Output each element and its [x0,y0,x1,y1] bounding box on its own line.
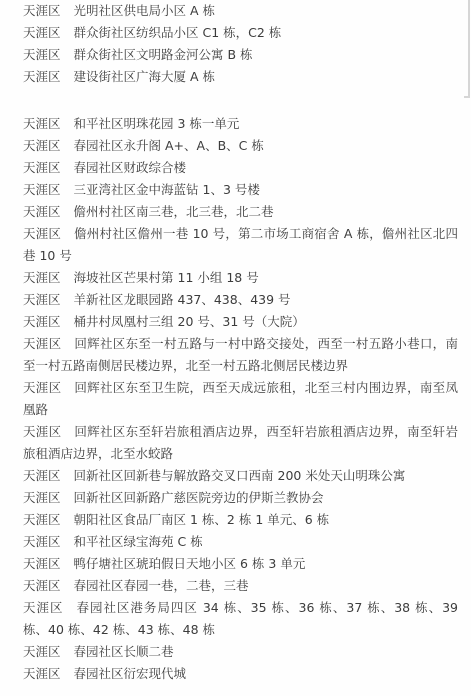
paragraph-gap [23,88,458,113]
list-item: 天涯区春园社区财政综合楼 [23,157,458,179]
list-item: 天涯区三亚湾社区金中海蓝钻 1、3 号楼 [23,179,458,201]
list-item: 天涯区儋州村社区儋州一巷 10 号，第二市场工商宿舍 A 栋，儋州社区北四巷 1… [23,223,458,267]
district-label: 天涯区 [23,182,61,197]
address-text: 回新社区回新巷与解放路交叉口西南 200 米处天山明珠公寓 [74,468,406,483]
district-label: 天涯区 [23,512,61,527]
address-text: 桶井村凤凰村三组 20 号、31 号（大院） [74,314,305,329]
list-item: 天涯区桶井村凤凰村三组 20 号、31 号（大院） [23,311,458,333]
list-item: 天涯区回辉社区东至一村五路与一村中路交接处，西至一村五路小巷口，南至一村五路南侧… [23,333,458,377]
district-label: 天涯区 [23,116,61,131]
list-item: 天涯区建设街社区广海大厦 A 栋 [23,66,458,88]
address-text: 羊新社区龙眼园路 437、438、439 号 [74,292,291,307]
address-text: 三亚湾社区金中海蓝钻 1、3 号楼 [74,182,260,197]
address-text: 回辉社区东至轩岩旅租酒店边界，西至轩岩旅租酒店边界，南至轩岩旅租酒店边界，北至水… [23,424,458,461]
list-item: 天涯区春园社区衍宏现代城 [23,663,458,685]
address-text: 春园社区长顺二巷 [74,644,174,659]
list-item: 天涯区羊新社区龙眼园路 437、438、439 号 [23,289,458,311]
list-item: 天涯区春园社区长顺二巷 [23,641,458,663]
district-label: 天涯区 [23,534,61,549]
district-label: 天涯区 [23,644,61,659]
district-label: 天涯区 [23,226,61,241]
list-item: 天涯区群众街社区纺织品小区 C1 栋，C2 栋 [23,22,458,44]
district-label: 天涯区 [23,204,61,219]
address-text: 回新社区回新路广慈医院旁边的伊斯兰教协会 [74,490,324,505]
district-label: 天涯区 [23,314,61,329]
list-item: 天涯区春园社区港务局四区 34 栋、35 栋、36 栋、37 栋、38 栋、39… [23,597,458,641]
table-border-fragment-vertical [468,0,470,97]
list-item: 天涯区回辉社区东至卫生院，西至天成远旅租，北至三村内围边界，南至凤凰路 [23,377,458,421]
district-label: 天涯区 [23,47,61,62]
list-item: 天涯区儋州村社区南三巷，北三巷，北二巷 [23,201,458,223]
district-label: 天涯区 [23,600,63,615]
address-text: 和平社区绿宝海苑 C 栋 [74,534,203,549]
list-item: 天涯区海坡社区芒果村第 11 小组 18 号 [23,267,458,289]
address-text: 春园社区衍宏现代城 [74,666,187,681]
district-label: 天涯区 [23,292,61,307]
address-text: 群众街社区文明路金河公寓 B 栋 [74,47,253,62]
document-page: 天涯区光明社区供电局小区 A 栋天涯区群众街社区纺织品小区 C1 栋，C2 栋天… [0,0,471,696]
list-item: 天涯区鸭仔塘社区琥珀假日天地小区 6 栋 3 单元 [23,553,458,575]
list-item: 天涯区群众街社区文明路金河公寓 B 栋 [23,44,458,66]
address-text: 鸭仔塘社区琥珀假日天地小区 6 栋 3 单元 [74,556,306,571]
list-item: 天涯区和平社区绿宝海苑 C 栋 [23,531,458,553]
list-item: 天涯区朝阳社区食品厂南区 1 栋、2 栋 1 单元、6 栋 [23,509,458,531]
district-label: 天涯区 [23,556,61,571]
district-label: 天涯区 [23,25,61,40]
district-label: 天涯区 [23,578,61,593]
list-item: 天涯区和平社区明珠花园 3 栋一单元 [23,113,458,135]
district-label: 天涯区 [23,69,61,84]
address-text: 群众街社区纺织品小区 C1 栋，C2 栋 [74,25,282,40]
district-label: 天涯区 [23,336,61,351]
address-text: 和平社区明珠花园 3 栋一单元 [74,116,240,131]
address-text: 海坡社区芒果村第 11 小组 18 号 [74,270,259,285]
list-item: 天涯区春园社区春园一巷，二巷，三巷 [23,575,458,597]
district-label: 天涯区 [23,490,61,505]
address-text: 春园社区永升阁 A+、A、B、C 栋 [74,138,264,153]
district-label: 天涯区 [23,138,61,153]
district-label: 天涯区 [23,424,61,439]
address-text: 儋州村社区南三巷，北三巷，北二巷 [74,204,274,219]
district-label: 天涯区 [23,3,61,18]
address-text: 回辉社区东至卫生院，西至天成远旅租，北至三村内围边界，南至凤凰路 [23,380,458,417]
list-item: 天涯区春园社区永升阁 A+、A、B、C 栋 [23,135,458,157]
district-label: 天涯区 [23,160,61,175]
address-text: 光明社区供电局小区 A 栋 [74,3,216,18]
address-text: 建设街社区广海大厦 A 栋 [74,69,216,84]
district-label: 天涯区 [23,468,61,483]
address-text: 春园社区财政综合楼 [74,160,187,175]
district-label: 天涯区 [23,666,61,681]
address-text: 朝阳社区食品厂南区 1 栋、2 栋 1 单元、6 栋 [74,512,330,527]
address-text: 回辉社区东至一村五路与一村中路交接处，西至一村五路小巷口，南至一村五路南侧居民楼… [23,336,458,373]
list-item: 天涯区回辉社区东至轩岩旅租酒店边界，西至轩岩旅租酒店边界，南至轩岩旅租酒店边界，… [23,421,458,465]
district-label: 天涯区 [23,270,61,285]
address-text: 春园社区春园一巷，二巷，三巷 [74,578,249,593]
list-item: 天涯区回新社区回新路广慈医院旁边的伊斯兰教协会 [23,487,458,509]
address-list: 天涯区光明社区供电局小区 A 栋天涯区群众街社区纺织品小区 C1 栋，C2 栋天… [0,0,471,685]
list-item: 天涯区回新社区回新巷与解放路交叉口西南 200 米处天山明珠公寓 [23,465,458,487]
district-label: 天涯区 [23,380,61,395]
address-text: 春园社区港务局四区 34 栋、35 栋、36 栋、37 栋、38 栋、39 栋、… [23,600,458,637]
address-text: 儋州村社区儋州一巷 10 号，第二市场工商宿舍 A 栋，儋州社区北四巷 10 号 [23,226,458,263]
list-item: 天涯区光明社区供电局小区 A 栋 [23,0,458,22]
table-border-fragment-horizontal [464,96,470,98]
